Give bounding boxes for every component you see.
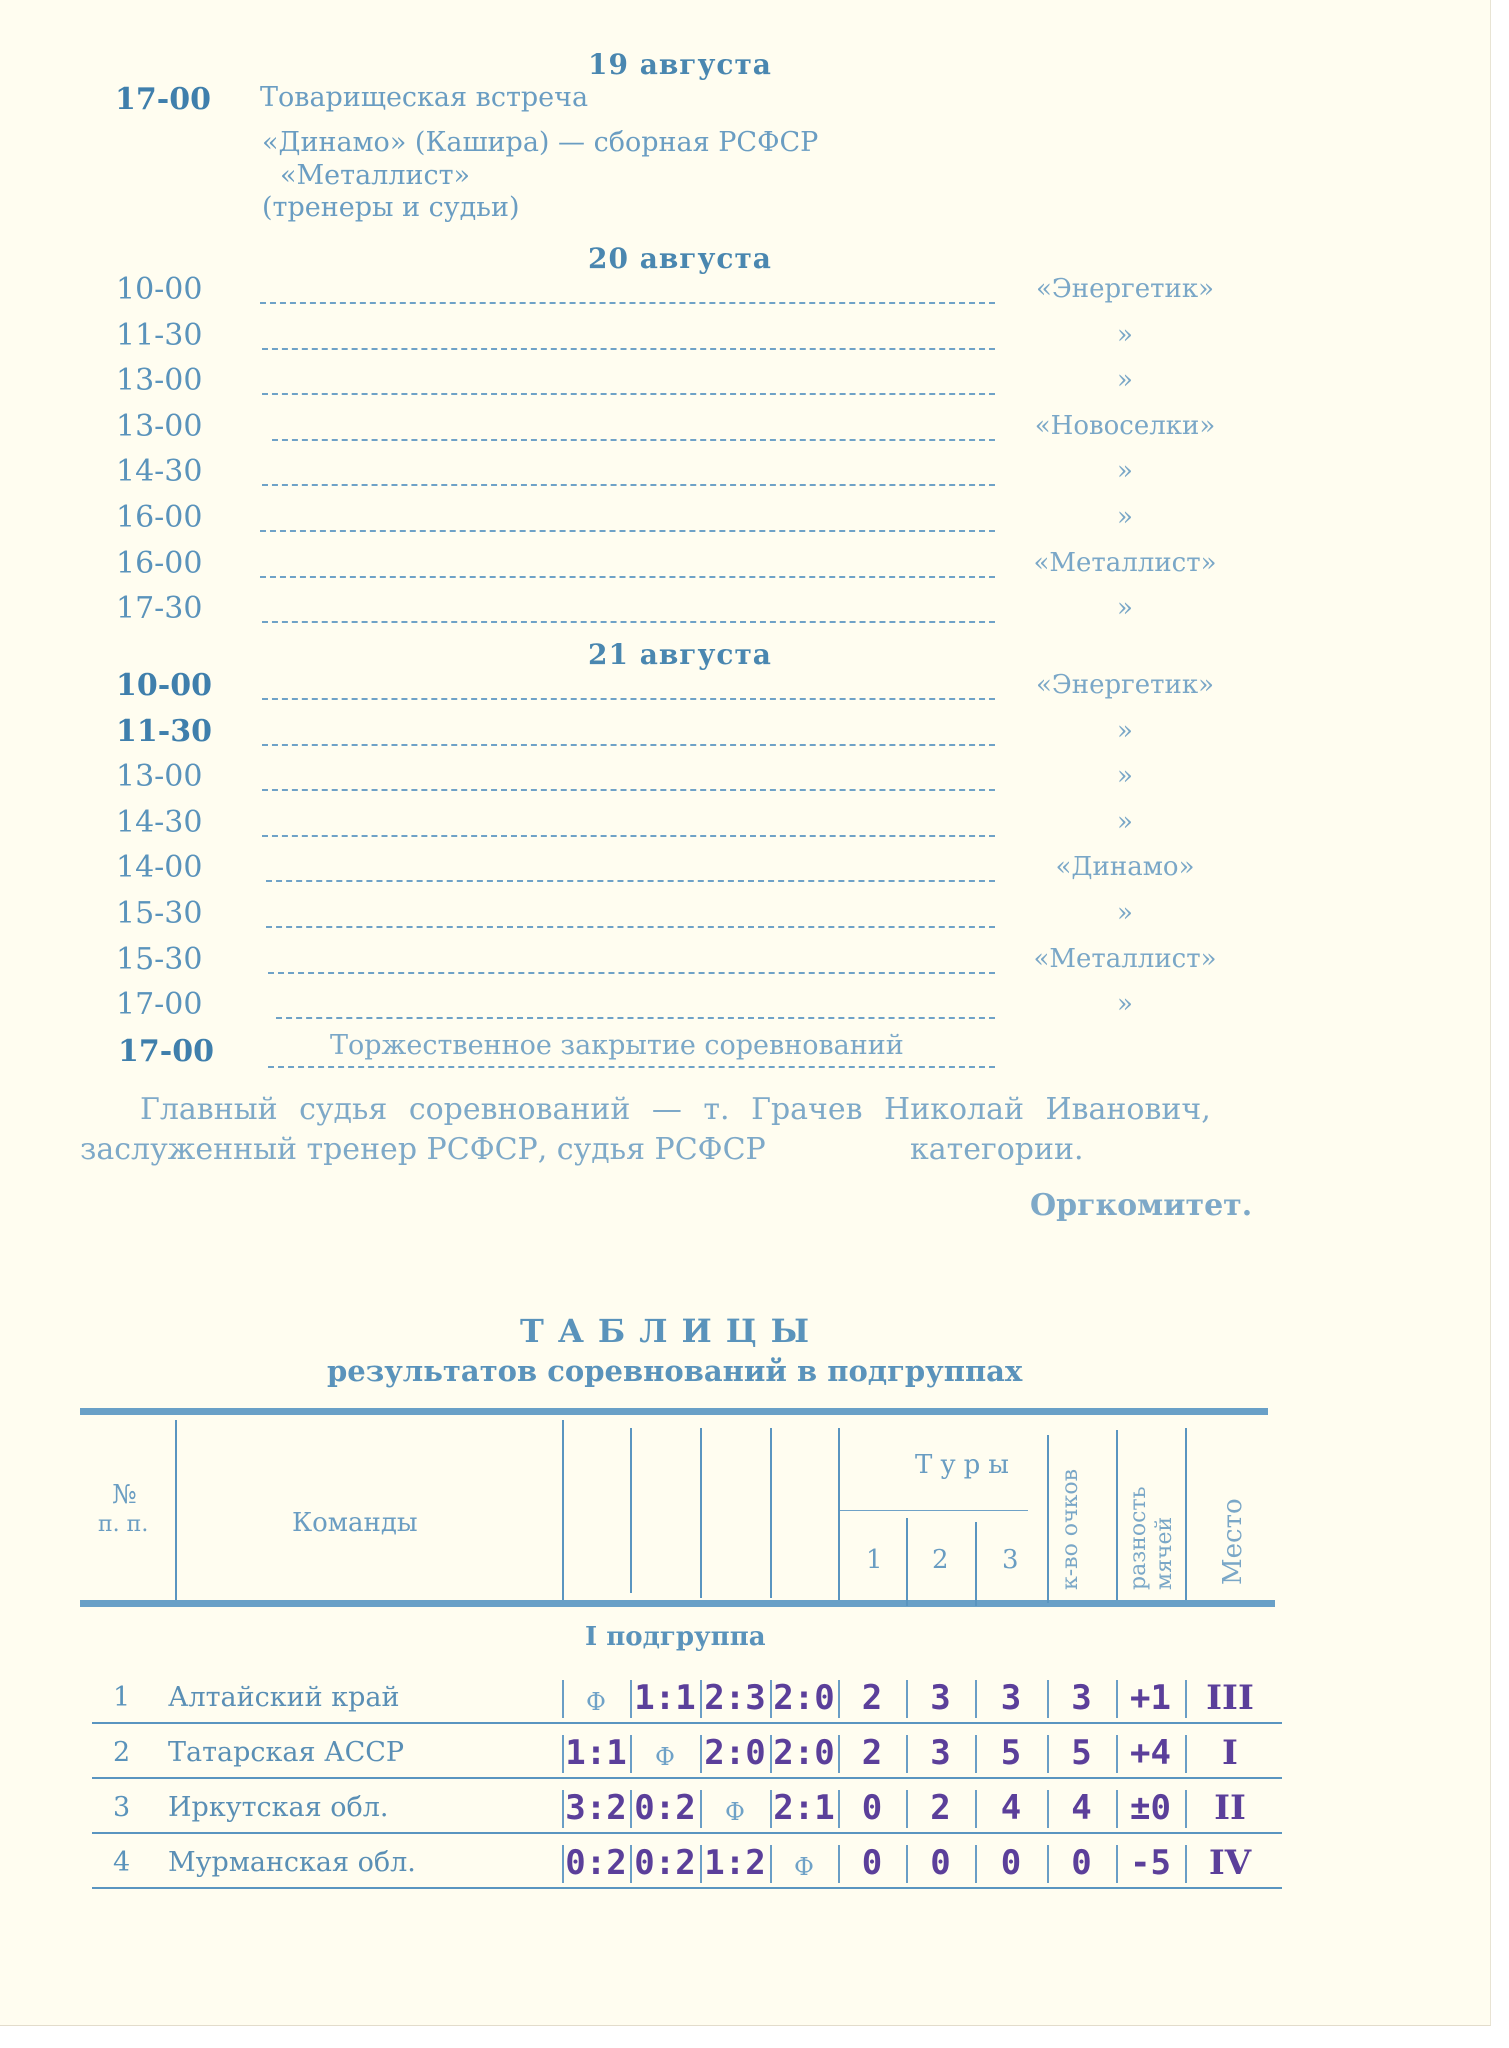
col-divider <box>838 1428 840 1600</box>
match-blank-line <box>260 530 995 532</box>
result-cell-t1: 0 <box>838 1788 906 1828</box>
header-number: № <box>112 1480 137 1510</box>
result-cell-t3: 5 <box>975 1733 1047 1773</box>
day-20-heading: 20 августа <box>588 242 772 275</box>
match-blank-line <box>262 621 995 623</box>
schedule-time: 16-00 <box>116 500 236 535</box>
result-cell-c1: Ф <box>562 1688 630 1716</box>
result-cell-c3: 1:2 <box>700 1843 770 1883</box>
result-cell-t1: 2 <box>838 1678 906 1718</box>
result-cell-c4: Ф <box>770 1853 838 1881</box>
organizing-committee-signature: Оргкомитет. <box>1030 1188 1252 1223</box>
col-divider <box>1116 1430 1118 1600</box>
schedule-time: 13-00 <box>116 759 236 794</box>
row-divider <box>92 1777 1282 1779</box>
closing-text: Торжественное закрытие соревнований <box>330 1030 904 1061</box>
schedule-venue: «Динамо» <box>1005 852 1245 882</box>
row-number: 1 <box>113 1682 130 1713</box>
row-number: 4 <box>113 1847 130 1878</box>
result-cell-diff: +4 <box>1116 1733 1185 1773</box>
result-cell-t1: 2 <box>838 1733 906 1773</box>
chief-judge-line-1: Главный судья соревнований — т. Грачев Н… <box>140 1092 1211 1127</box>
match-blank-line <box>262 789 995 791</box>
col-divider <box>562 1420 564 1600</box>
day-21-heading: 21 августа <box>588 638 772 671</box>
schedule-time: 15-30 <box>116 942 236 977</box>
match-blank-line <box>268 972 995 974</box>
day-19-venue: «Металлист» <box>280 160 470 191</box>
match-blank-line <box>272 439 995 441</box>
col-divider <box>975 1522 977 1606</box>
group-label: I подгруппа <box>585 1622 766 1652</box>
schedule-venue: «Новоселки» <box>1005 411 1245 441</box>
schedule-venue: » <box>1005 807 1245 837</box>
result-cell-t3: 0 <box>975 1843 1047 1883</box>
schedule-venue: «Металлист» <box>1005 944 1245 974</box>
header-points: к-во очков <box>1058 1440 1084 1590</box>
schedule-time: 10-00 <box>116 668 236 703</box>
match-blank-line <box>266 880 995 882</box>
schedule-time: 15-30 <box>116 896 236 931</box>
schedule-time: 13-00 <box>116 363 236 398</box>
schedule-time: 14-30 <box>116 805 236 840</box>
team-name: Мурманская обл. <box>168 1847 416 1878</box>
result-cell-c2: 0:2 <box>630 1843 700 1883</box>
match-blank-line <box>276 1017 995 1019</box>
team-name: Алтайский край <box>168 1682 399 1713</box>
col-divider <box>770 1428 772 1598</box>
result-cell-points: 3 <box>1047 1678 1116 1718</box>
team-name: Татарская АССР <box>168 1737 404 1768</box>
result-cell-c1: 0:2 <box>562 1843 630 1883</box>
row-divider <box>92 1722 1282 1724</box>
day-19-title: Товарищеская встреча <box>260 82 588 113</box>
match-blank-line <box>266 926 995 928</box>
program-page: 19 августа 17-00 Товарищеская встреча «Д… <box>0 0 1491 2026</box>
schedule-venue: «Металлист» <box>1005 548 1245 578</box>
match-blank-line <box>262 744 995 746</box>
schedule-venue: » <box>1005 898 1245 928</box>
match-blank-line <box>262 835 995 837</box>
result-cell-place: II <box>1185 1788 1275 1828</box>
match-blank-line <box>260 576 995 578</box>
result-cell-points: 4 <box>1047 1788 1116 1828</box>
row-divider <box>92 1832 1282 1834</box>
col-divider <box>175 1420 177 1600</box>
result-cell-place: I <box>1185 1733 1275 1773</box>
result-cell-t2: 3 <box>906 1678 975 1718</box>
tours-divider <box>840 1510 1028 1511</box>
schedule-venue: » <box>1005 456 1245 486</box>
chief-judge-line-2: заслуженный тренер РСФСР, судья РСФСР <box>80 1132 766 1167</box>
result-cell-t1: 0 <box>838 1843 906 1883</box>
schedule-venue: » <box>1005 716 1245 746</box>
schedule-time: 17-30 <box>116 591 236 626</box>
result-cell-diff: ±0 <box>1116 1788 1185 1828</box>
header-place: Место <box>1218 1498 1248 1585</box>
result-cell-t2: 0 <box>906 1843 975 1883</box>
result-cell-c3: Ф <box>700 1798 770 1826</box>
result-cell-t2: 2 <box>906 1788 975 1828</box>
row-divider <box>92 1887 1282 1889</box>
schedule-time: 14-30 <box>116 454 236 489</box>
match-blank-line <box>260 302 995 304</box>
result-cell-t2: 3 <box>906 1733 975 1773</box>
match-blank-line <box>262 348 995 350</box>
schedule-venue: » <box>1005 502 1245 532</box>
closing-line <box>268 1066 995 1068</box>
chief-judge-category: категории. <box>910 1132 1084 1167</box>
header-tour-2: 2 <box>932 1545 949 1575</box>
result-cell-points: 0 <box>1047 1843 1116 1883</box>
schedule-time: 11-30 <box>116 714 236 749</box>
header-tours: Туры <box>915 1450 1017 1480</box>
day-19-match: «Динамо» (Кашира) — сборная РСФСР <box>262 127 818 158</box>
col-divider <box>906 1518 908 1606</box>
match-blank-line <box>262 698 995 700</box>
schedule-venue: » <box>1005 365 1245 395</box>
schedule-venue: » <box>1005 761 1245 791</box>
result-cell-c2: 1:1 <box>630 1678 700 1718</box>
result-cell-place: III <box>1185 1678 1275 1718</box>
closing-time: 17-00 <box>118 1034 238 1069</box>
row-number: 3 <box>113 1792 130 1823</box>
header-tour-1: 1 <box>866 1545 883 1575</box>
schedule-venue: «Энергетик» <box>1005 670 1245 700</box>
header-number-pp: п. п. <box>98 1512 148 1537</box>
schedule-time: 11-30 <box>116 318 236 353</box>
table-header-bottom-border <box>80 1600 1275 1607</box>
schedule-time: 10-00 <box>116 272 236 307</box>
result-cell-c1: 1:1 <box>562 1733 630 1773</box>
schedule-time: 14-00 <box>116 850 236 885</box>
col-divider <box>1185 1428 1187 1600</box>
schedule-venue: » <box>1005 989 1245 1019</box>
result-cell-t3: 4 <box>975 1788 1047 1828</box>
schedule-venue: » <box>1005 593 1245 623</box>
header-teams: Команды <box>292 1508 418 1538</box>
tables-subtitle: результатов соревнований в подгруппах <box>327 1354 1022 1388</box>
col-divider <box>700 1428 702 1598</box>
match-blank-line <box>262 393 995 395</box>
team-name: Иркутская обл. <box>168 1792 388 1823</box>
result-cell-c4: 2:0 <box>770 1678 838 1718</box>
schedule-time: 16-00 <box>116 546 236 581</box>
col-divider <box>630 1428 632 1593</box>
schedule-venue: «Энергетик» <box>1005 274 1245 304</box>
result-cell-c4: 2:1 <box>770 1788 838 1828</box>
row-number: 2 <box>113 1737 130 1768</box>
day-19-time: 17-00 <box>115 82 235 117</box>
match-blank-line <box>262 484 995 486</box>
schedule-venue: » <box>1005 320 1245 350</box>
result-cell-diff: +1 <box>1116 1678 1185 1718</box>
day-19-heading: 19 августа <box>588 48 772 81</box>
result-cell-c3: 2:3 <box>700 1678 770 1718</box>
result-cell-c4: 2:0 <box>770 1733 838 1773</box>
result-cell-c1: 3:2 <box>562 1788 630 1828</box>
result-cell-c3: 2:0 <box>700 1733 770 1773</box>
result-cell-points: 5 <box>1047 1733 1116 1773</box>
schedule-time: 17-00 <box>116 987 236 1022</box>
header-tour-3: 3 <box>1002 1545 1019 1575</box>
day-19-note: (тренеры и судьи) <box>262 192 520 223</box>
tables-title: ТАБЛИЦЫ <box>520 1312 823 1350</box>
col-divider <box>1047 1435 1049 1603</box>
result-cell-diff: -5 <box>1116 1843 1185 1883</box>
result-cell-c2: Ф <box>630 1743 700 1771</box>
schedule-time: 13-00 <box>116 409 236 444</box>
table-top-border <box>80 1408 1268 1415</box>
header-goal-difference: разность мячей <box>1126 1430 1178 1590</box>
result-cell-place: IV <box>1185 1843 1275 1883</box>
result-cell-c2: 0:2 <box>630 1788 700 1828</box>
result-cell-t3: 3 <box>975 1678 1047 1718</box>
